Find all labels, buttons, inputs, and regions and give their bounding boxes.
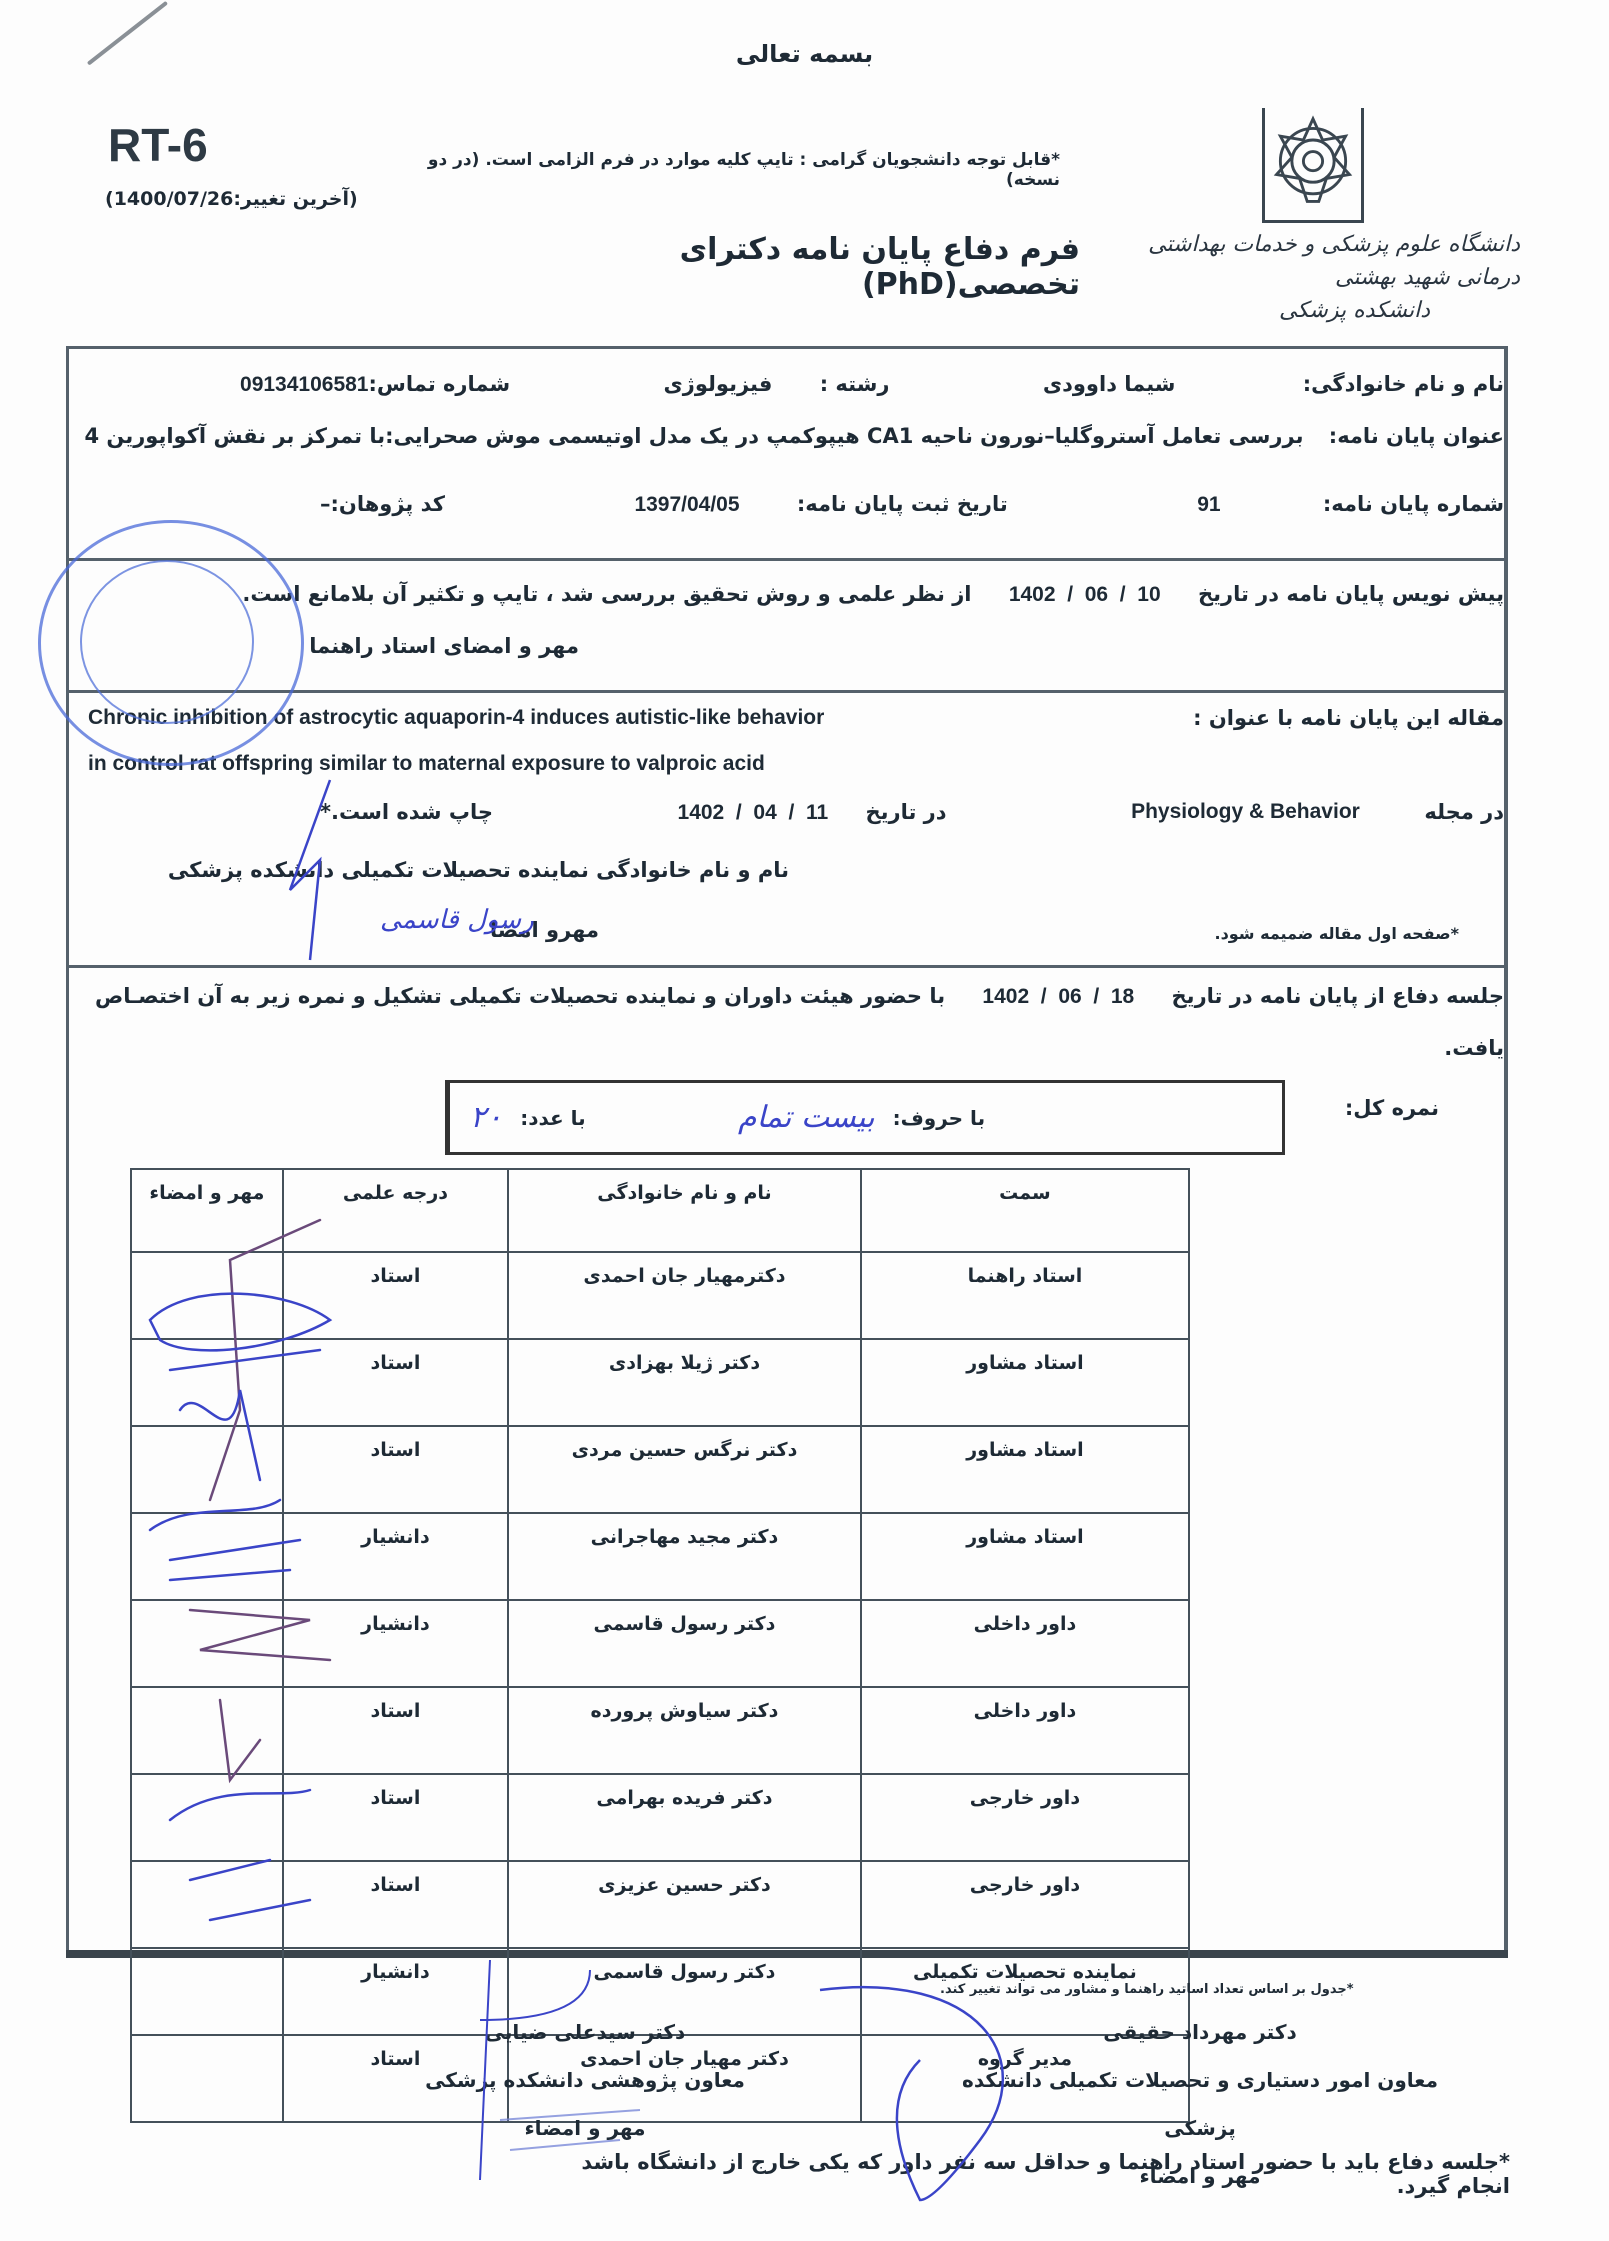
row-role: استاد مشاور xyxy=(861,1339,1189,1426)
row-role: داور داخلی xyxy=(861,1687,1189,1774)
row-name: دکتر ژیلا بهزادی xyxy=(508,1339,861,1426)
defense-form-page: بسمه تعالی RT-6 (آخرین تغییر:1400/07/26)… xyxy=(0,0,1609,2241)
total-grade-label: نمره کل: xyxy=(1345,1096,1439,1120)
student-info-row: نام و نام خانوادگی: شیما داوودی رشته : ف… xyxy=(240,372,1504,397)
last-change-date: (آخرین تغییر:1400/07/26) xyxy=(105,188,358,210)
committee-signatures-icon xyxy=(130,1180,490,1950)
thesis-title-value: بررسی تعامل آستروگلیا–نورون ناحیه CA1 هی… xyxy=(85,424,1304,448)
grade-number-value: ۲۰ xyxy=(470,1100,502,1135)
grade-number-label: با عدد: xyxy=(520,1106,585,1130)
typing-notice: *قابل توجه دانشجویان گرامی : تایپ کلیه م… xyxy=(420,150,1060,190)
thesis-number-row: شماره پایان نامه: 91 تاریخ ثبت پایان نام… xyxy=(320,492,1504,517)
university-logo-icon xyxy=(1262,108,1364,223)
draft-review-row: پیش نویس پایان نامه در تاریخ 1402 / 06 /… xyxy=(242,582,1504,607)
draft-year: 1402 xyxy=(1009,583,1056,606)
draft-review-date: 1402 / 06 / 10 xyxy=(1009,583,1161,607)
vice-dean-signature-icon xyxy=(780,1980,1040,2210)
row-role: استاد مشاور xyxy=(861,1513,1189,1600)
defense-date: 1402 / 06 / 18 xyxy=(982,985,1134,1009)
publish-year: 1402 xyxy=(678,801,725,824)
row-name: دکترمهیار جان احمدی xyxy=(508,1252,861,1339)
draft-review-prefix: پیش نویس پایان نامه در تاریخ xyxy=(1198,582,1504,606)
supervisor-signature-label: مهر و امضای استاد راهنما xyxy=(309,634,579,658)
thesis-title-label: عنوان پایان نامه: xyxy=(1329,424,1504,448)
bismillah-heading: بسمه تعالی xyxy=(0,40,1609,68)
header-name: نام و نام خانوادگی xyxy=(508,1169,861,1252)
row-name: دکتر سیاوش پرورده xyxy=(508,1687,861,1774)
grade-box: با عدد: ۲۰ با حروف: بیست تمام xyxy=(445,1080,1285,1155)
journal-row: در مجله Physiology & Behavior در تاریخ 1… xyxy=(320,800,1504,825)
research-code-value: – xyxy=(320,492,331,516)
row-name: دکتر حسین عزیزی xyxy=(508,1861,861,1948)
row-role: داور داخلی xyxy=(861,1600,1189,1687)
publish-month: 04 xyxy=(753,801,776,824)
name-label: نام و نام خانوادگی: xyxy=(1303,372,1504,396)
registration-date-label: تاریخ ثبت پایان نامه: xyxy=(797,492,1008,516)
defense-day: 18 xyxy=(1111,985,1134,1008)
grade-words-label: با حروف: xyxy=(893,1106,986,1130)
defense-suffix-line2: یافت. xyxy=(1444,1036,1504,1060)
attach-first-page-note: *صفحه اول مقاله ضمیمه شود. xyxy=(1214,924,1459,943)
defense-session-row: جلسه دفاع از پایان نامه در تاریخ 1402 / … xyxy=(72,984,1504,1009)
phone-label: شماره تماس: xyxy=(369,372,511,396)
journal-value: Physiology & Behavior xyxy=(1131,800,1360,825)
final-note: *جلسه دفاع باید با حضور استاد راهنما و ح… xyxy=(580,2150,1510,2198)
draft-review-suffix: از نظر علمی و روش تحقیق بررسی شد ، تایپ … xyxy=(242,582,971,606)
phone-value: 09134106581 xyxy=(240,373,368,396)
row-role: داور خارجی xyxy=(861,1774,1189,1861)
row-signature xyxy=(131,1948,283,2035)
thesis-number-value: 91 xyxy=(1197,493,1220,516)
department-stamp-inner-icon xyxy=(80,560,254,724)
form-code: RT-6 xyxy=(108,118,208,172)
publish-date: 1402 / 04 / 11 xyxy=(678,801,829,825)
draft-month: 06 xyxy=(1085,583,1108,606)
row-role: استاد مشاور xyxy=(861,1426,1189,1513)
publish-day: 11 xyxy=(806,801,828,824)
grade-number-cell: با عدد: ۲۰ xyxy=(448,1083,718,1152)
field-value: فیزیولوژی xyxy=(664,372,773,396)
defense-prefix: جلسه دفاع از پایان نامه در تاریخ xyxy=(1172,984,1504,1008)
research-code-label: کد پژوهان: xyxy=(331,492,445,516)
name-value: شیما داوودی xyxy=(1043,372,1176,396)
registration-date-value: 1397/04/05 xyxy=(634,493,739,516)
row-role: داور خارجی xyxy=(861,1861,1189,1948)
journal-label: در مجله xyxy=(1424,800,1504,825)
row-name: دکتر مجید مهاجرانی xyxy=(508,1513,861,1600)
row-name: دکتر نرگس حسین مردی xyxy=(508,1426,861,1513)
thesis-number-label: شماره پایان نامه: xyxy=(1323,492,1504,516)
section-divider xyxy=(66,558,1508,561)
field-label: رشته : xyxy=(820,372,890,396)
row-signature xyxy=(131,2035,283,2122)
header-role: سمت xyxy=(861,1169,1189,1252)
research-vice-stamp-icon xyxy=(440,1960,680,2220)
university-name: دانشگاه علوم پزشکی و خدمات بهداشتی درمان… xyxy=(1120,228,1520,327)
row-name: دکتر فریده بهرامی xyxy=(508,1774,861,1861)
grad-rep-label: نام و نام خانوادگی نماینده تحصیلات تکمیل… xyxy=(168,858,789,882)
grade-words-value: بیست تمام xyxy=(738,1100,875,1135)
university-name-line2: دانشکده پزشکی xyxy=(1120,294,1520,327)
form-title: فرم دفاع پایان نامه دکترای تخصصی(PhD) xyxy=(520,232,1080,302)
publish-date-label: در تاریخ xyxy=(865,800,946,824)
thesis-title-row: عنوان پایان نامه: بررسی تعامل آستروگلیا–… xyxy=(80,424,1504,448)
row-role: استاد راهنما xyxy=(861,1252,1189,1339)
defense-month: 06 xyxy=(1058,985,1081,1008)
row-name: دکتر رسول قاسمی xyxy=(508,1600,861,1687)
grade-words-cell: با حروف: بیست تمام xyxy=(718,1083,1282,1152)
rep-signature-icon xyxy=(270,770,410,970)
article-label: مقاله این پایان نامه با عنوان : xyxy=(1193,706,1504,730)
defense-suffix: با حضور هیئت داوران و نماینده تحصیلات تک… xyxy=(95,984,945,1008)
defense-year: 1402 xyxy=(982,985,1029,1008)
university-name-line1: دانشگاه علوم پزشکی و خدمات بهداشتی درمان… xyxy=(1120,228,1520,294)
draft-day: 10 xyxy=(1137,583,1160,606)
